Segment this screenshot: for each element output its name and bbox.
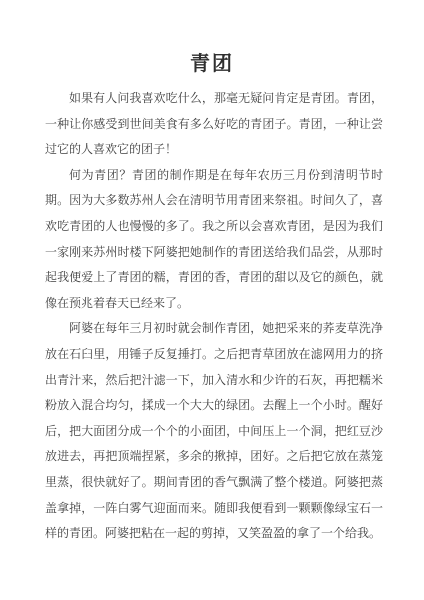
paragraph-intro: 如果有人问我喜欢吃什么，那毫无疑问肯定是青团。青团，一种让你感受到世间美食有多么… bbox=[45, 86, 383, 163]
paragraph-what-is-qingtuan: 何为青团？青团的制作期是在每年农历三月份到清明节时期。因为大多数苏州人会在清明节… bbox=[45, 163, 383, 317]
document-page: 青团 如果有人问我喜欢吃什么，那毫无疑问肯定是青团。青团，一种让你感受到世间美食… bbox=[0, 0, 424, 600]
paragraph-making-qingtuan: 阿婆在每年三月初时就会制作青团，她把采来的荞麦草洗净放在石臼里，用锤子反复捶打。… bbox=[45, 316, 383, 546]
page-title: 青团 bbox=[0, 47, 424, 76]
document-body: 如果有人问我喜欢吃什么，那毫无疑问肯定是青团。青团，一种让你感受到世间美食有多么… bbox=[45, 86, 383, 547]
